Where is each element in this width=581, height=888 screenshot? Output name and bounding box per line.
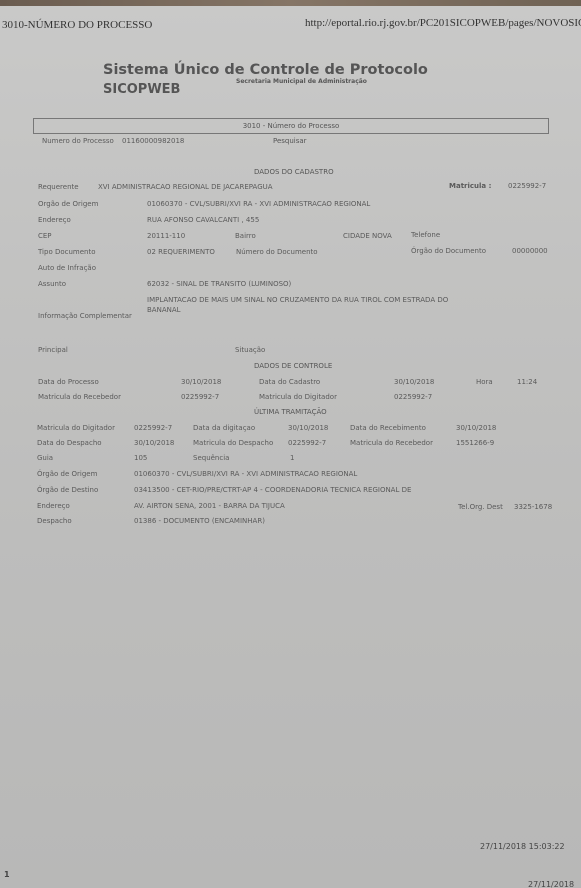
data-cadastro-label: Data do Cadastro [259, 378, 320, 386]
page-marker: 1 [4, 870, 10, 879]
hora-label: Hora [476, 378, 493, 386]
despacho-label: Despacho [37, 517, 72, 525]
data-digitacao-value: 30/10/2018 [288, 424, 328, 432]
assunto-value: 62032 - SINAL DE TRANSITO (LUMINOSO) [147, 280, 291, 288]
tipo-documento-label: Tipo Documento [38, 248, 96, 256]
mat-recebedor-label: Matricula do Recebedor [38, 393, 121, 401]
endereco-label: Endereço [38, 216, 71, 224]
data-digitacao-label: Data da digitaçao [193, 424, 255, 432]
data-recebimento-value: 30/10/2018 [456, 424, 496, 432]
hora-value: 11:24 [517, 378, 537, 386]
orgao-origem-value: 01060370 - CVL/SUBRI/XVI RA - XVI ADMINI… [147, 200, 370, 208]
bairro-label: Bairro [235, 232, 256, 240]
section-dados-cadastro: DADOS DO CADASTRO [254, 168, 334, 176]
form-header: 3010 - Número do Processo [33, 118, 549, 134]
numero-documento-label: Número do Documento [236, 248, 318, 256]
info-complementar-line1: IMPLANTACAO DE MAIS UM SINAL NO CRUZAMEN… [147, 296, 448, 304]
bottom-date: 27/11/2018 [528, 880, 574, 888]
orgao-destino-value: 03413500 - CET-RIO/PRE/CTRT-AP 4 - COORD… [134, 486, 411, 494]
despacho-value: 01386 - DOCUMENTO (ENCAMINHAR) [134, 517, 265, 525]
tram-orgao-origem-value: 01060370 - CVL/SUBRI/XVI RA - XVI ADMINI… [134, 470, 357, 478]
data-despacho-label: Data do Despacho [37, 439, 102, 447]
mat-digitador-value: 0225992-7 [394, 393, 432, 401]
cep-label: CEP [38, 232, 52, 240]
endereco-value: RUA AFONSO CAVALCANTI , 455 [147, 216, 259, 224]
tram-endereco-value: AV. AIRTON SENA, 2001 - BARRA DA TIJUCA [134, 502, 285, 510]
matricula-value: 0225992-7 [508, 182, 546, 190]
search-button[interactable]: Pesquisar [270, 136, 310, 146]
tram-mat-recebedor-label: Matricula do Recebedor [350, 439, 433, 447]
guia-label: Guia [37, 454, 53, 462]
orgao-origem-label: Orgão de Origem [38, 200, 98, 208]
cep-value: 20111-110 [147, 232, 185, 240]
assunto-label: Assunto [38, 280, 66, 288]
orgao-documento-value: 00000000 [512, 247, 548, 255]
requerente-value: XVI ADMINISTRACAO REGIONAL DE JACAREPAGU… [98, 183, 273, 191]
section-dados-controle: DADOS DE CONTROLE [254, 362, 332, 370]
app-subtitle: SICOPWEB [103, 82, 180, 97]
requerente-label: Requerente [38, 183, 79, 191]
tram-endereco-label: Endereço [37, 502, 70, 510]
process-number-input[interactable]: 01160000982018 [122, 137, 184, 145]
info-complementar-line2: BANANAL [147, 306, 181, 314]
mat-despacho-value: 0225992-7 [288, 439, 326, 447]
app-title: Sistema Único de Controle de Protocolo [103, 62, 428, 78]
tram-mat-recebedor-value: 1551266-9 [456, 439, 494, 447]
data-processo-label: Data do Processo [38, 378, 99, 386]
bairro-value: CIDADE NOVA [343, 232, 392, 240]
data-cadastro-value: 30/10/2018 [394, 378, 434, 386]
data-processo-value: 30/10/2018 [181, 378, 221, 386]
situacao-label: Situação [235, 346, 265, 354]
data-recebimento-label: Data do Recebimento [350, 424, 426, 432]
data-despacho-value: 30/10/2018 [134, 439, 174, 447]
orgao-destino-label: Órgão de Destino [37, 486, 98, 494]
print-header-title: 3010-NÚMERO DO PROCESSO [2, 19, 152, 31]
mat-despacho-label: Matricula do Despacho [193, 439, 273, 447]
print-header-url: http://eportal.rio.rj.gov.br/PC201SICOPW… [305, 17, 581, 29]
tram-mat-digitador-value: 0225992-7 [134, 424, 172, 432]
sequencia-label: Sequência [193, 454, 229, 462]
auto-infracao-label: Auto de Infração [38, 264, 96, 272]
mat-recebedor-value: 0225992-7 [181, 393, 219, 401]
tipo-documento-value: 02 REQUERIMENTO [147, 248, 215, 256]
orgao-documento-label: Órgão do Documento [411, 247, 486, 255]
telefone-label: Telefone [411, 231, 440, 239]
app-department: Secretaria Municipal de Administração [236, 78, 367, 85]
printed-page: 3010-NÚMERO DO PROCESSO http://eportal.r… [0, 6, 581, 888]
tel-org-dest-value: 3325-1678 [514, 503, 552, 511]
matricula-label: Matricula : [449, 182, 491, 190]
tel-org-dest-label: Tel.Org. Dest [458, 503, 503, 511]
info-complementar-label: Informação Complementar [38, 312, 132, 320]
sequencia-value: 1 [290, 454, 294, 462]
section-ultima-tramitacao: ÚLTIMA TRAMITAÇÃO [254, 408, 327, 416]
principal-label: Principal [38, 346, 68, 354]
mat-digitador-label: Matricula do Digitador [259, 393, 337, 401]
tram-orgao-origem-label: Órgão de Origem [37, 470, 97, 478]
print-timestamp: 27/11/2018 15:03:22 [480, 842, 565, 851]
process-number-label: Numero do Processo [42, 137, 114, 145]
tram-mat-digitador-label: Matricula do Digitador [37, 424, 115, 432]
guia-value: 105 [134, 454, 147, 462]
